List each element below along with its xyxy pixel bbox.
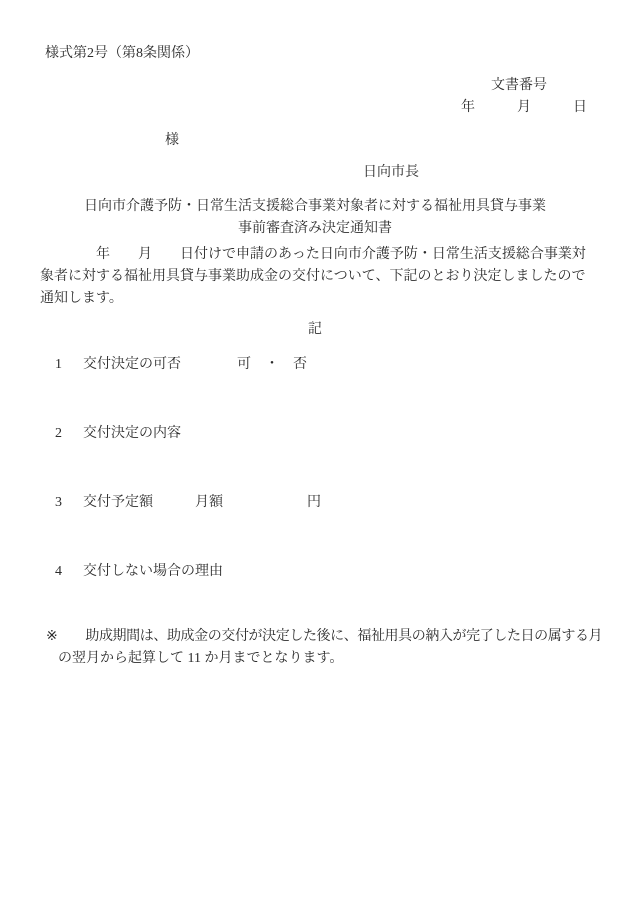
record-marker: 記 [0,320,630,340]
item-number: 3 [55,493,83,513]
body-paragraph: 年 月 日付けで申請のあった日向市介護予防・日常生活支援総合事業対象者に対する福… [40,244,592,310]
date-line: 年 月 日 [461,98,587,118]
item-label: 交付しない場合の理由 [83,564,223,579]
list-item: 4交付しない場合の理由 [55,562,321,582]
title-line-1: 日向市介護予防・日常生活支援総合事業対象者に対する福祉用具貸与事業 [0,196,630,218]
addressee-suffix: 様 [165,131,179,151]
list-item: 3交付予定額 月額 円 [55,493,321,513]
footnote-line-1: ※助成期間は、助成金の交付が決定した後に、福祉用具の納入が完了した日の属する月 [46,626,602,648]
item-number: 4 [55,562,83,582]
item-label: 交付決定の可否 可 ・ 否 [83,357,307,372]
item-label: 交付決定の内容 [83,426,181,441]
document-page: 様式第2号（第8条関係） 文書番号 年 月 日 様 日向市長 日向市介護予防・日… [0,0,630,903]
list-item: 1交付決定の可否 可 ・ 否 [55,355,321,375]
title-line-2: 事前審査済み決定通知書 [0,218,630,240]
item-list: 1交付決定の可否 可 ・ 否2交付決定の内容3交付予定額 月額 円4交付しない場… [55,355,321,582]
item-label: 交付予定額 月額 円 [83,495,321,510]
note-text-1: 助成期間は、助成金の交付が決定した後に、福祉用具の納入が完了した日の属する月 [85,629,602,644]
doc-number-label: 文書番号 [491,76,547,96]
footnote-line-2: の翌月から起算して 11 か月までとなります。 [58,648,343,670]
document-title: 日向市介護予防・日常生活支援総合事業対象者に対する福祉用具貸与事業 事前審査済み… [0,196,630,240]
form-number: 様式第2号（第8条関係） [45,44,199,64]
item-number: 2 [55,424,83,444]
item-number: 1 [55,355,83,375]
list-item: 2交付決定の内容 [55,424,321,444]
sender-name: 日向市長 [363,163,419,183]
note-marker: ※ [46,629,57,644]
